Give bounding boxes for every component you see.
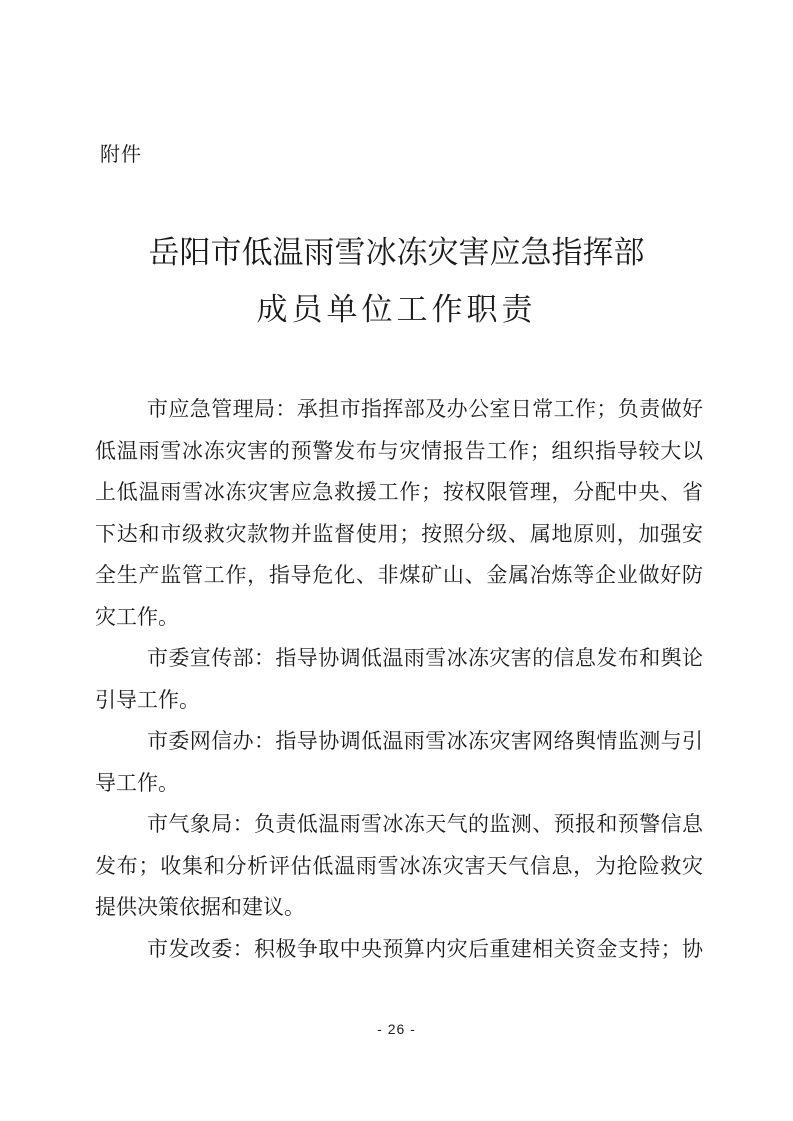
body-line: 市气象局：负责低温雨雪冰冻天气的监测、预报和预警信息 (95, 804, 703, 846)
body-line: 市应急管理局：承担市指挥部及办公室日常工作；负责做好 (95, 389, 703, 431)
body-line: 低温雨雪冰冻灾害的预警发布与灾情报告工作；组织指导较大以 (95, 431, 703, 473)
page-number: - 26 - (0, 1021, 793, 1037)
body-line: 市发改委：积极争取中央预算内灾后重建相关资金支持；协 (95, 929, 703, 971)
doc-title-line-2: 成员单位工作职责 (0, 291, 793, 329)
body-line: 全生产监管工作，指导危化、非煤矿山、金属冶炼等企业做好防 (95, 555, 703, 597)
body-line: 下达和市级救灾款物并监督使用；按照分级、属地原则，加强安 (95, 514, 703, 556)
document-body: 市应急管理局：承担市指挥部及办公室日常工作；负责做好 低温雨雪冰冻灾害的预警发布… (95, 389, 703, 970)
body-line: 导工作。 (95, 763, 703, 805)
body-line: 上低温雨雪冰冻灾害应急救援工作；按权限管理，分配中央、省 (95, 472, 703, 514)
body-line: 提供决策依据和建议。 (95, 887, 703, 929)
document-page: 附件 岳阳市低温雨雪冰冻灾害应急指挥部 成员单位工作职责 市应急管理局：承担市指… (0, 0, 793, 1121)
doc-title-line-1: 岳阳市低温雨雪冰冻灾害应急指挥部 (0, 234, 793, 272)
body-line: 发布；收集和分析评估低温雨雪冰冻灾害天气信息，为抢险救灾 (95, 846, 703, 888)
body-line: 市委宣传部：指导协调低温雨雪冰冻灾害的信息发布和舆论 (95, 638, 703, 680)
body-line: 市委网信办：指导协调低温雨雪冰冻灾害网络舆情监测与引 (95, 721, 703, 763)
body-line: 引导工作。 (95, 680, 703, 722)
attachment-label: 附件 (100, 142, 142, 168)
body-line: 灾工作。 (95, 597, 703, 639)
